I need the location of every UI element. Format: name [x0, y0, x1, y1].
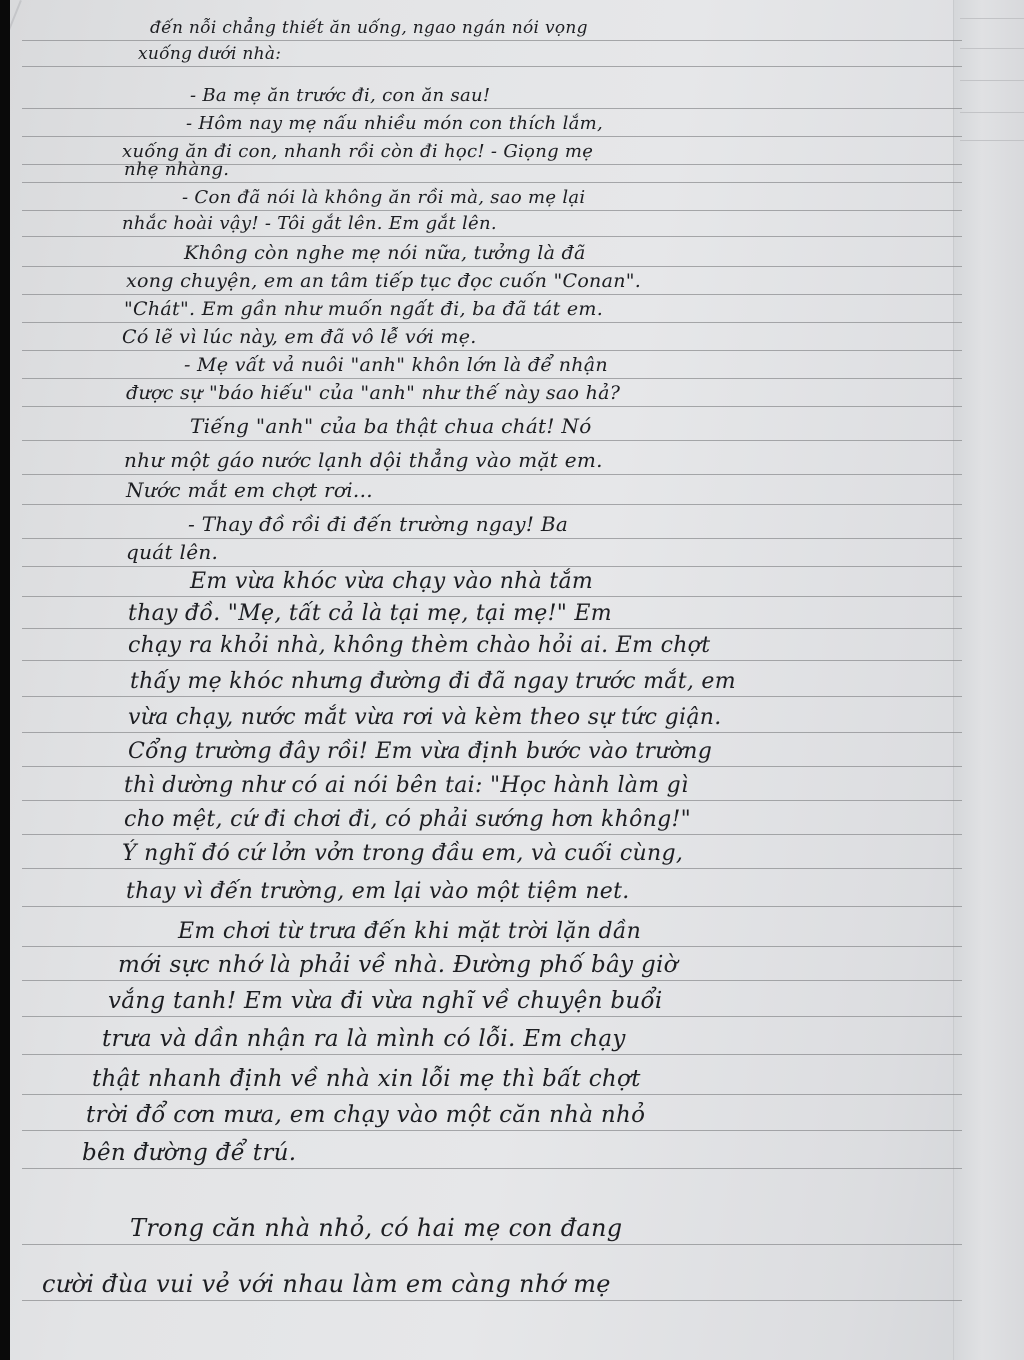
handwritten-text: xuống dưới nhà: — [138, 44, 281, 64]
ruled-line — [22, 1168, 962, 1169]
ruled-line — [22, 1244, 962, 1245]
notebook-photo: đến nỗi chẳng thiết ăn uống, ngao ngán n… — [10, 0, 1024, 1360]
handwritten-text: cười đùa vui vẻ với nhau làm em càng nhớ… — [42, 1270, 611, 1298]
text-line: xuống dưới nhà: — [22, 24, 962, 67]
text-line: Trong căn nhà nhỏ, có hai mẹ con đang — [22, 1202, 962, 1245]
handwritten-text: vắng tanh! Em vừa đi vừa nghĩ về chuyện … — [108, 988, 663, 1014]
handwritten-page: đến nỗi chẳng thiết ăn uống, ngao ngán n… — [22, 0, 962, 1360]
text-line: vắng tanh! Em vừa đi vừa nghĩ về chuyện … — [22, 974, 962, 1017]
handwritten-text: bên đường để trú. — [82, 1140, 296, 1166]
underlying-page — [953, 0, 1024, 1360]
text-line: trưa và dần nhận ra là mình có lỗi. Em c… — [22, 1012, 962, 1055]
page-corner-edge — [10, 0, 22, 103]
text-line: trời đổ cơn mưa, em chạy vào một căn nhà… — [22, 1088, 962, 1131]
handwritten-text: thay vì đến trường, em lại vào một tiệm … — [126, 879, 630, 904]
handwritten-text: trời đổ cơn mưa, em chạy vào một căn nhà… — [86, 1102, 645, 1128]
handwritten-text: Trong căn nhà nhỏ, có hai mẹ con đang — [130, 1214, 622, 1242]
text-line: cười đùa vui vẻ với nhau làm em càng nhớ… — [22, 1258, 962, 1301]
text-line: Ý nghĩ đó cứ lởn vởn trong đầu em, và cu… — [22, 826, 962, 869]
handwritten-text: Ý nghĩ đó cứ lởn vởn trong đầu em, và cu… — [122, 841, 683, 866]
handwritten-text: trưa và dần nhận ra là mình có lỗi. Em c… — [102, 1026, 626, 1052]
text-line: bên đường để trú. — [22, 1126, 962, 1169]
ruled-line — [22, 1300, 962, 1301]
text-line: thay vì đến trường, em lại vào một tiệm … — [22, 864, 962, 907]
